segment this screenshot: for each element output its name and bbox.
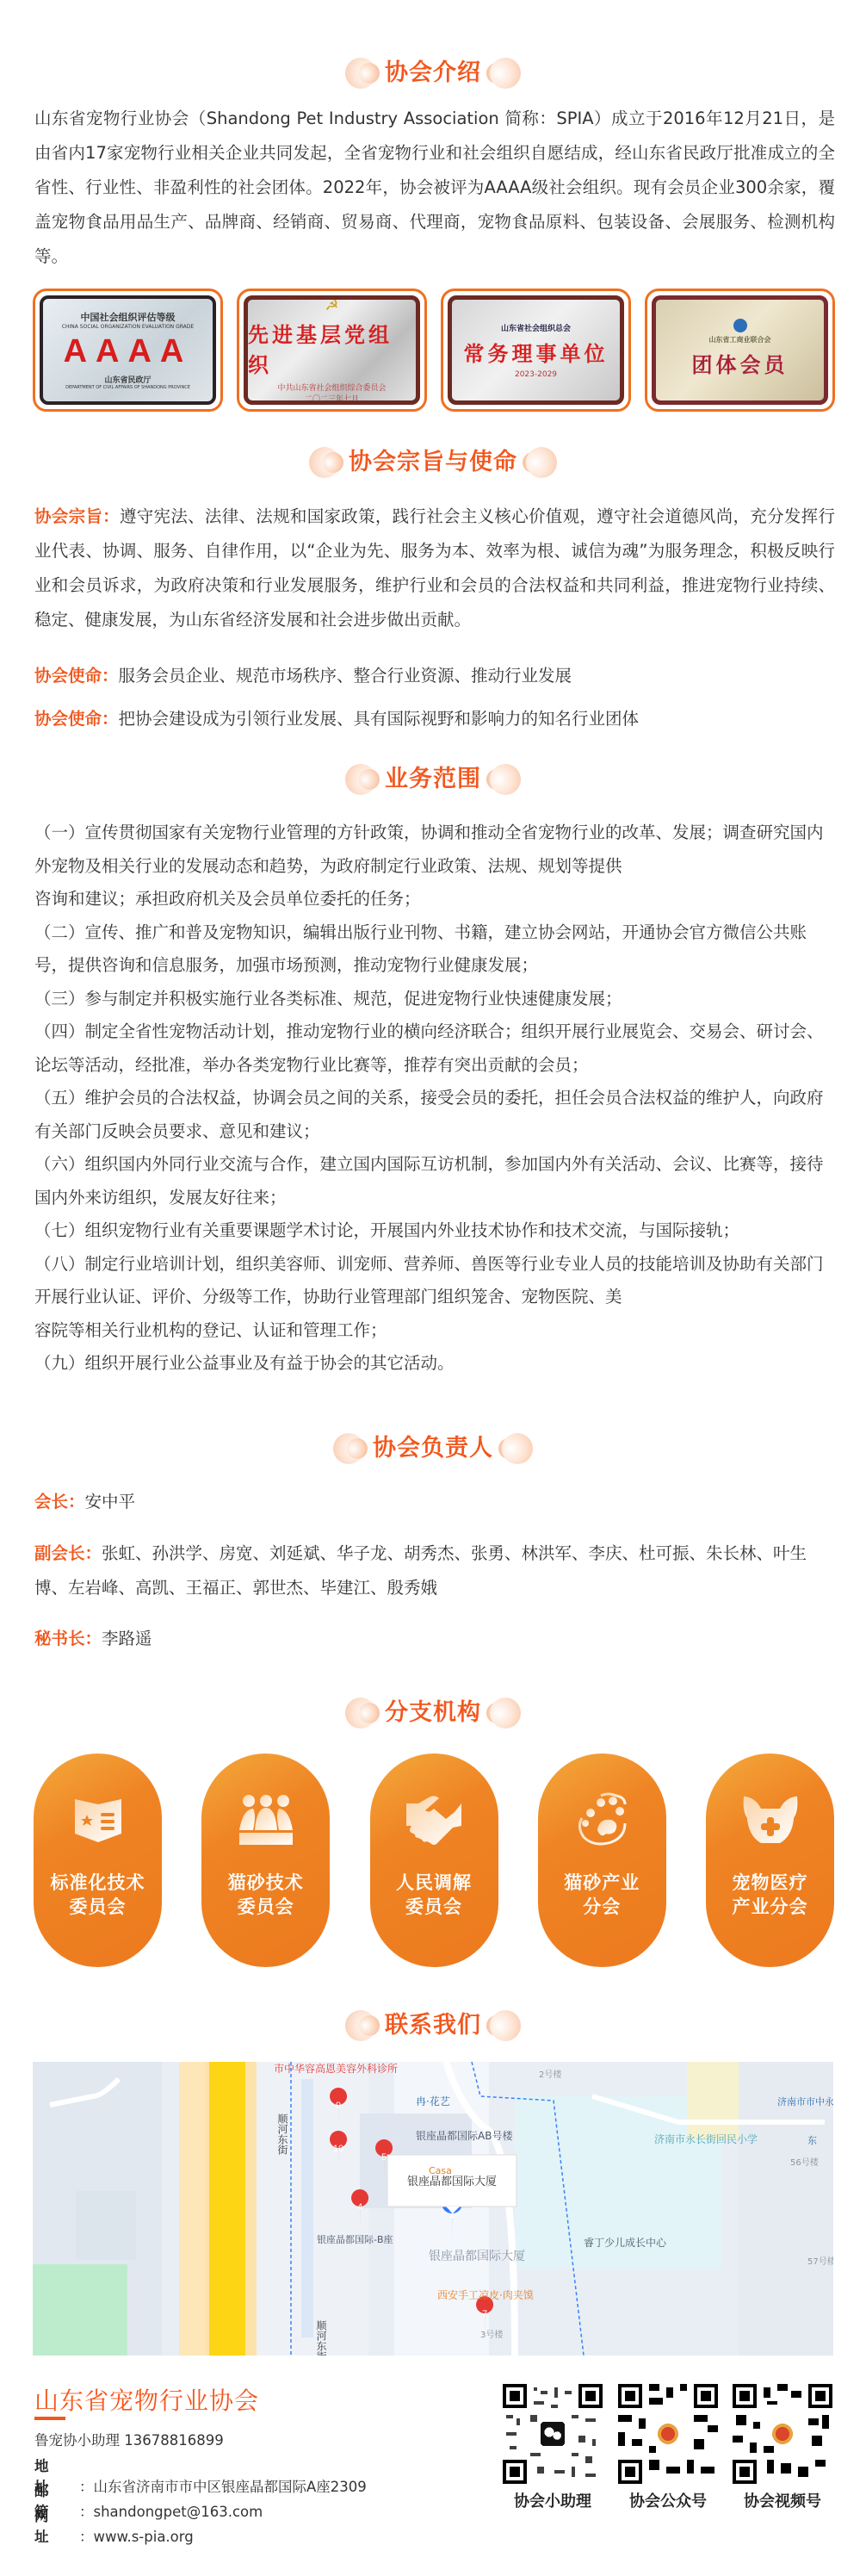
title-badge: 分支机构: [345, 1694, 521, 1732]
svg-text:银座晶都国际-B座: 银座晶都国际-B座: [317, 2233, 393, 2245]
scope-list: （一）宣传贯彻国家有关宠物行业管理的方针政策，协调和推动全省宠物行业的改革、发展…: [34, 816, 835, 1381]
svg-text:西安手工凉皮·肉夹馍: 西安手工凉皮·肉夹馍: [437, 2288, 534, 2301]
mission-text: 服务会员企业、规范市场秩序、整合行业资源、推动行业发展: [119, 666, 572, 686]
svg-text:冉·花艺: 冉·花艺: [416, 2095, 450, 2107]
branch-card-pet-medical[interactable]: 宠物医疗产业分会: [706, 1754, 834, 1967]
scope-item: 咨询和建议；承担政府机关及会员单位委托的任务；: [34, 883, 835, 916]
medical-pet-icon: [741, 1793, 800, 1847]
president-line: 会长：安中平: [34, 1485, 835, 1519]
svg-text:3号楼: 3号楼: [480, 2329, 504, 2340]
cert-title: AAAA: [64, 333, 193, 370]
certificate-aaaa: 中国社会组织评估等级 CHINA SOCIAL ORGANIZATION EVA…: [33, 289, 223, 412]
president-name: 安中平: [85, 1492, 136, 1511]
scope-item: （二）宣传、推广和普及宠物知识，编辑出版行业刊物、书籍，建立协会网站，开通协会官…: [34, 916, 835, 983]
svg-text:银座晶都国际大厦: 银座晶都国际大厦: [429, 2249, 525, 2263]
federation-emblem-icon: [733, 319, 747, 332]
cert-date: 二〇二三年七月: [305, 393, 359, 404]
title-badge: 业务范围: [345, 760, 521, 798]
handshake-icon: [405, 1793, 463, 1847]
branch-name: 人民调解委员会: [396, 1871, 472, 1919]
decor-orb-icon: [323, 452, 343, 473]
purpose-paragraph: 协会宗旨：遵守宪法、法律、法规和国家政策，践行社会主义核心价值观，遵守社会道德风…: [34, 500, 835, 637]
scope-item: （九）组织开展行业公益事业及有益于协会的其它活动。: [34, 1347, 835, 1381]
decor-orb-icon: [359, 1703, 380, 1723]
qr-label: 协会公众号: [618, 2489, 718, 2511]
mission-text: 把协会建设成为引领行业发展、具有国际视野和影响力的知名行业团体: [119, 709, 640, 729]
section-title-branches: 分支机构: [0, 1694, 866, 1732]
decor-orb-icon: [347, 1438, 368, 1459]
cert-issuer: 中共山东省社会组织综合委员会: [277, 382, 386, 393]
cert-title: 先进基层党组织: [248, 318, 416, 378]
cert-heading-en: CHINA SOCIAL ORGANIZATION EVALUATION GRA…: [62, 324, 194, 330]
svg-text:银座晶都国际AB号楼: 银座晶都国际AB号楼: [416, 2129, 513, 2142]
svg-text:济南市市中永长街幼儿: 济南市市中永长街幼儿: [777, 2095, 833, 2107]
svg-text:银座晶都国际大厦: 银座晶都国际大厦: [407, 2175, 497, 2188]
svg-text:56号楼: 56号楼: [790, 2157, 820, 2168]
branch-name: 宠物医疗产业分会: [733, 1871, 808, 1919]
footer-org-name: 山东省宠物行业协会: [34, 2382, 259, 2417]
vice-president-names: 张虹、孙洪学、房宽、刘延斌、华子龙、胡秀杰、张勇、林洪军、李庆、杜可振、朱长林、…: [34, 1543, 807, 1598]
section-title-contact: 联系我们: [0, 2007, 866, 2045]
section-title-text: 协会负责人: [368, 1431, 498, 1466]
vice-president-line: 副会长：张虹、孙洪学、房宽、刘延斌、华子龙、胡秀杰、张勇、林洪军、李庆、杜可振、…: [34, 1536, 835, 1605]
svg-text:2号楼: 2号楼: [539, 2069, 562, 2080]
footer-accent-rule: [34, 2417, 65, 2420]
decor-orb-icon: [359, 769, 380, 790]
footer-website[interactable]: 网址：www.s-pia.org: [34, 2505, 194, 2546]
section-title-text: 业务范围: [380, 762, 486, 797]
qr-code-icon: [733, 2384, 832, 2484]
certificate-council: 山东省社会组织总会 常务理事单位 2023-2029: [441, 289, 631, 412]
decor-orb-icon: [490, 1698, 521, 1729]
qr-official-account[interactable]: [618, 2384, 718, 2484]
secretary-name: 李路遥: [102, 1629, 152, 1648]
vice-president-label: 副会长：: [34, 1543, 102, 1563]
svg-text:7: 7: [482, 2309, 487, 2319]
secretary-line: 秘书长：李路遥: [34, 1622, 835, 1656]
qr-video-channel[interactable]: [733, 2384, 832, 2484]
section-title-text: 分支机构: [380, 1696, 486, 1730]
title-badge: 协会宗旨与使命: [309, 444, 557, 481]
website-value[interactable]: ：www.s-pia.org: [79, 2529, 194, 2545]
scope-item: （一）宣传贯彻国家有关宠物行业管理的方针政策，协调和推动全省宠物行业的改革、发展…: [34, 816, 835, 883]
certificate-party: ☭ 先进基层党组织 中共山东省社会组织综合委员会 二〇二三年七月: [237, 289, 427, 412]
decor-orb-icon: [359, 63, 380, 84]
scope-item: （八）制定行业培训计划，组织美容师、训宠师、营养师、兽医等行业专业人员的技能培训…: [34, 1248, 835, 1314]
svg-text:市中华容高恩美容外科诊所: 市中华容高恩美容外科诊所: [274, 2062, 398, 2075]
svg-text:9: 9: [336, 2101, 341, 2111]
decor-orb-icon: [490, 2010, 521, 2041]
svg-text:顺河东街: 顺河东街: [315, 2320, 327, 2356]
section-title-text: 协会宗旨与使命: [343, 445, 523, 480]
qr-label: 协会小助理: [503, 2489, 603, 2511]
cert-title: 团体会员: [692, 348, 789, 378]
svg-text:10: 10: [333, 2144, 343, 2154]
branches-row: 标准化技术委员会 猫砂技术委员会 人民调解委员会 猫砂产业分会 宠物医疗产业分会: [34, 1754, 834, 1967]
cert-title: 常务理事单位: [464, 337, 609, 367]
branch-name: 猫砂产业分会: [564, 1871, 640, 1919]
cert-heading: 中国社会组织评估等级: [81, 310, 176, 324]
committee-people-icon: [237, 1793, 295, 1847]
branch-name: 标准化技术委员会: [51, 1871, 145, 1919]
scope-item: （四）制定全省性宠物活动计划，推动宠物行业的横向经济联合；组织开展行业展览会、交…: [34, 1015, 835, 1082]
section-title-text: 联系我们: [380, 2008, 486, 2043]
mission-line-2: 协会使命：把协会建设成为引领行业发展、具有国际视野和影响力的知名行业团体: [34, 702, 835, 736]
cert-heading: 山东省工商业联合会: [709, 335, 771, 345]
scope-item: （五）维护会员的合法权益，协调会员之间的关系，接受会员的委托，担任会员合法权益的…: [34, 1082, 835, 1148]
location-map[interactable]: 9 10 5 4 7 1 银座晶都国际大厦 市中华容高恩美容外科诊所 冉·花艺 …: [33, 2062, 833, 2356]
svg-text:4: 4: [357, 2202, 362, 2213]
purpose-text: 遵守宪法、法律、法规和国家政策，践行社会主义核心价值观，遵守社会道德风尚，充分发…: [34, 506, 835, 630]
mission-label: 协会使命：: [34, 666, 119, 686]
decor-orb-icon: [502, 1433, 533, 1464]
standard-book-icon: [69, 1793, 127, 1847]
decor-orb-icon: [490, 764, 521, 795]
certificates-row: 中国社会组织评估等级 CHINA SOCIAL ORGANIZATION EVA…: [33, 289, 835, 412]
section-title-text: 协会介绍: [380, 56, 486, 90]
svg-text:Casa: Casa: [429, 2165, 452, 2176]
qr-assistant[interactable]: [503, 2384, 603, 2484]
footer-assistant-phone[interactable]: 鲁宠协小助理 13678816899: [34, 2429, 224, 2449]
svg-text:睿丁少儿成长中心: 睿丁少儿成长中心: [584, 2236, 667, 2249]
branch-name: 猫砂技术委员会: [228, 1871, 304, 1919]
qr-label: 协会视频号: [733, 2489, 832, 2511]
purpose-label: 协会宗旨：: [34, 506, 120, 526]
party-emblem-icon: ☭: [325, 296, 338, 314]
map-canvas: 9 10 5 4 7 1 银座晶都国际大厦 市中华容高恩美容外科诊所 冉·花艺 …: [33, 2062, 833, 2356]
title-badge: 联系我们: [345, 2007, 521, 2045]
svg-text:5: 5: [381, 2152, 387, 2163]
decor-orb-icon: [359, 2015, 380, 2036]
scope-item: （七）组织宠物行业有关重要课题学术讨论，开展国内外业技术协作和技术交流，与国际接…: [34, 1214, 835, 1248]
scope-item: （三）参与制定并积极实施行业各类标准、规范，促进宠物行业快速健康发展；: [34, 983, 835, 1016]
secretary-label: 秘书长：: [34, 1629, 102, 1648]
mission-line-1: 协会使命：服务会员企业、规范市场秩序、整合行业资源、推动行业发展: [34, 659, 835, 693]
title-badge: 协会负责人: [333, 1430, 533, 1468]
title-badge: 协会介绍: [345, 54, 521, 92]
branch-card-cat-litter-industry[interactable]: 猫砂产业分会: [538, 1754, 666, 1967]
section-title-scope: 业务范围: [0, 760, 866, 798]
section-title-mission: 协会宗旨与使命: [0, 444, 866, 481]
section-title-intro: 协会介绍: [0, 54, 866, 92]
branch-card-cat-litter-tech[interactable]: 猫砂技术委员会: [201, 1754, 330, 1967]
branch-card-standardization[interactable]: 标准化技术委员会: [34, 1754, 162, 1967]
qr-code-icon: [618, 2384, 718, 2484]
qr-code-icon: [503, 2384, 603, 2484]
scope-item: （六）组织国内外同行业交流与合作，建立国内国际互访机制，参加国内外有关活动、会议…: [34, 1148, 835, 1214]
svg-text:57号楼: 57号楼: [807, 2256, 833, 2267]
mission-label: 协会使命：: [34, 709, 119, 729]
scope-item: 容院等相关行业机构的登记、认证和管理工作；: [34, 1314, 835, 1348]
decor-orb-icon: [526, 447, 557, 478]
svg-text:顺河东街: 顺河东街: [276, 2114, 288, 2155]
president-label: 会长：: [34, 1492, 85, 1511]
cert-issuer-en: DEPARTMENT OF CIVIL AFFAIRS OF SHANDONG …: [65, 385, 190, 390]
cert-issuer: 山东省民政厅: [104, 374, 151, 385]
cert-heading: 山东省社会组织总会: [501, 322, 571, 333]
section-title-leaders: 协会负责人: [0, 1430, 866, 1468]
certificate-member: 山东省工商业联合会 团体会员: [645, 289, 835, 412]
paw-icon: [572, 1793, 631, 1847]
branch-card-mediation[interactable]: 人民调解委员会: [370, 1754, 498, 1967]
svg-text:济南市永长街回民小学: 济南市永长街回民小学: [654, 2132, 758, 2145]
svg-text:东: 东: [807, 2135, 817, 2146]
decor-orb-icon: [490, 58, 521, 89]
intro-paragraph: 山东省宠物行业协会（Shandong Pet Industry Associat…: [34, 102, 835, 274]
website-label: 网址: [34, 2505, 79, 2546]
cert-date: 2023-2029: [515, 370, 557, 379]
